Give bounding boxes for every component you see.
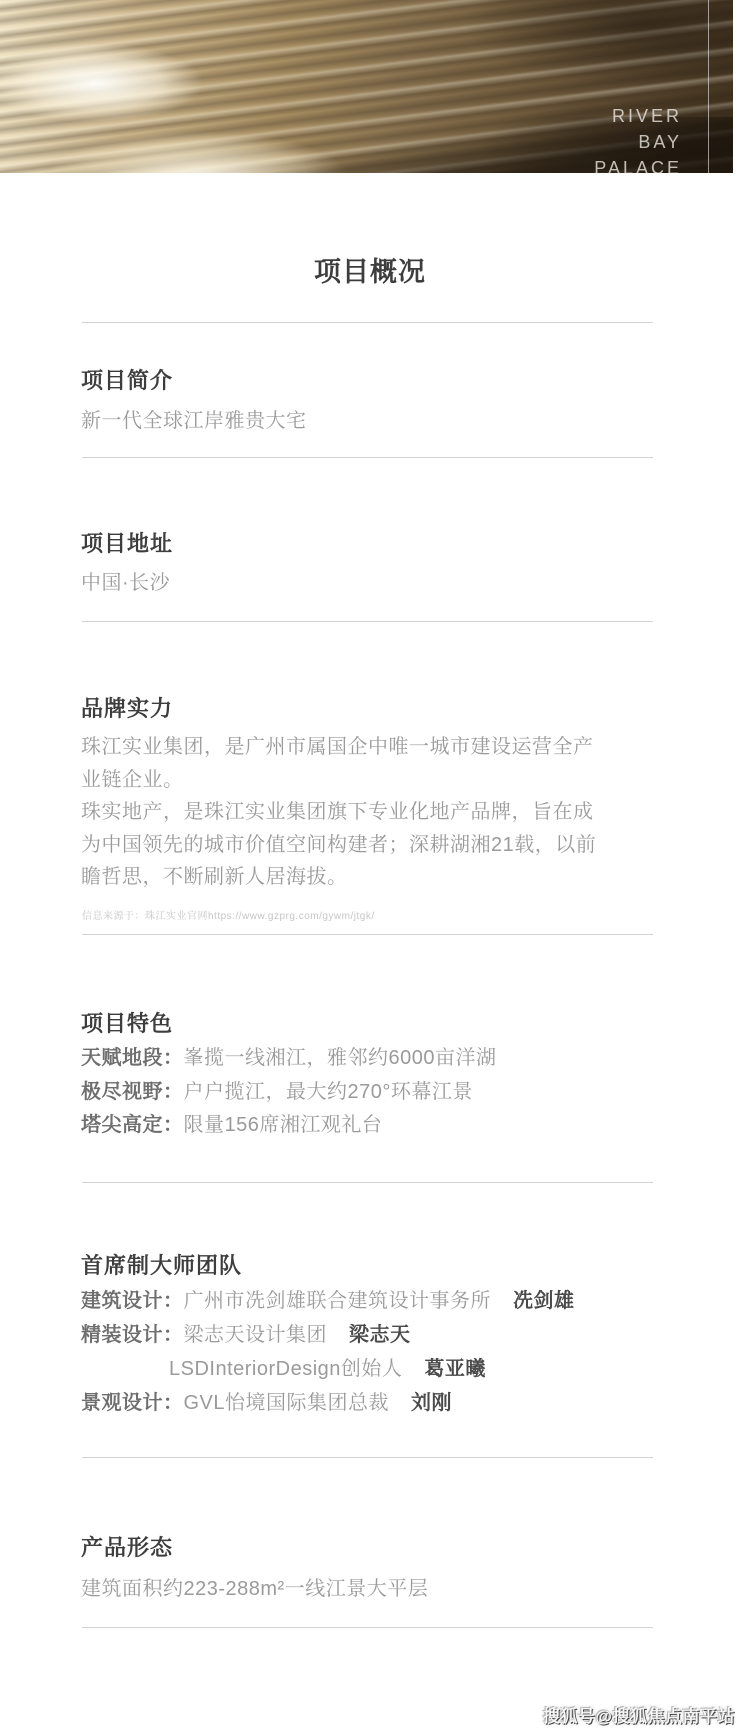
section-title-features: 项目特色	[81, 1007, 173, 1038]
section-title-brand: 品牌实力	[81, 692, 173, 723]
sohu-watermark: 搜狐号@搜狐焦点南平站	[543, 1702, 735, 1727]
brand-line: 珠江实业集团，是广州市属国企中唯一城市建设运营全产	[81, 731, 596, 764]
section-body-intro: 新一代全球江岸雅贵大宅	[81, 404, 307, 433]
team-row: 精装设计：梁志天设计集团梁志天	[81, 1318, 575, 1352]
feature-text: 户户揽江，最大约270°环幕江景	[184, 1081, 473, 1103]
brand-line: 为中国领先的城市价值空间构建者；深耕湖湘21载，以前	[81, 829, 596, 862]
brand-line: 瞻哲思，不断刷新人居海拔。	[81, 861, 596, 894]
feature-text: 限量156席湘江观礼台	[184, 1114, 383, 1136]
team-row: 建筑设计：广州市冼剑雄联合建筑设计事务所冼剑雄	[81, 1284, 575, 1318]
team-list: 建筑设计：广州市冼剑雄联合建筑设计事务所冼剑雄 精装设计：梁志天设计集团梁志天 …	[81, 1284, 575, 1420]
section-title-address: 项目地址	[81, 527, 173, 558]
feature-item: 天赋地段：峯揽一线湘江，雅邻约6000亩洋湖	[81, 1042, 497, 1076]
brand-line: 业链企业。	[81, 764, 596, 797]
feature-label: 极尽视野：	[81, 1081, 184, 1103]
section-body-product: 建筑面积约223-288m²一线江景大平层	[81, 1572, 428, 1601]
team-name: 刘刚	[411, 1392, 452, 1414]
team-text: GVL怡境国际集团总裁	[184, 1392, 390, 1414]
page-title: 项目概况	[0, 250, 740, 289]
feature-text: 峯揽一线湘江，雅邻约6000亩洋湖	[184, 1047, 497, 1069]
section-divider	[82, 1182, 653, 1183]
team-name: 葛亚曦	[424, 1358, 486, 1380]
hero-logo-line: BAY	[594, 129, 682, 155]
team-row: LSDInteriorDesign创始人葛亚曦	[81, 1352, 575, 1386]
feature-label: 塔尖高定：	[81, 1114, 184, 1136]
section-divider	[82, 322, 653, 323]
feature-item: 塔尖高定：限量156席湘江观礼台	[81, 1109, 497, 1143]
source-note: 信息来源于：珠江实业官网https://www.gzprg.com/gywm/j…	[82, 907, 375, 922]
section-title-product: 产品形态	[81, 1531, 173, 1562]
section-divider	[82, 934, 653, 935]
feature-item: 极尽视野：户户揽江，最大约270°环幕江景	[81, 1076, 497, 1110]
team-text: 广州市冼剑雄联合建筑设计事务所	[184, 1290, 492, 1312]
team-label: 精装设计：	[81, 1324, 184, 1346]
section-body-address: 中国·长沙	[81, 566, 170, 595]
section-title-intro: 项目简介	[81, 364, 173, 395]
section-divider	[82, 621, 653, 622]
brand-line: 珠实地产，是珠江实业集团旗下专业化地产品牌，旨在成	[81, 796, 596, 829]
section-divider	[82, 1627, 653, 1628]
team-label: 景观设计：	[81, 1392, 184, 1414]
team-name: 梁志天	[349, 1324, 411, 1346]
article-page: RIVER BAY PALACE 项目概况 项目简介 新一代全球江岸雅贵大宅 项…	[0, 0, 740, 1736]
section-divider	[82, 1457, 653, 1458]
hero-vertical-line	[708, 0, 709, 173]
hero-logo-line: PALACE	[594, 155, 682, 173]
team-label: 建筑设计：	[81, 1290, 184, 1312]
feature-list: 天赋地段：峯揽一线湘江，雅邻约6000亩洋湖 极尽视野：户户揽江，最大约270°…	[81, 1042, 497, 1143]
hero-brand-logo: RIVER BAY PALACE	[594, 103, 682, 173]
feature-label: 天赋地段：	[81, 1047, 184, 1069]
section-title-team: 首席制大师团队	[81, 1249, 242, 1280]
team-name: 冼剑雄	[513, 1290, 575, 1312]
brand-paragraph: 珠江实业集团，是广州市属国企中唯一城市建设运营全产 业链企业。 珠实地产，是珠江…	[81, 731, 596, 894]
team-row: 景观设计：GVL怡境国际集团总裁刘刚	[81, 1386, 575, 1420]
team-text: 梁志天设计集团	[184, 1324, 328, 1346]
hero-water-image: RIVER BAY PALACE	[0, 0, 733, 173]
team-text: LSDInteriorDesign创始人	[169, 1358, 402, 1380]
hero-logo-line: RIVER	[594, 103, 682, 129]
section-divider	[82, 457, 653, 458]
